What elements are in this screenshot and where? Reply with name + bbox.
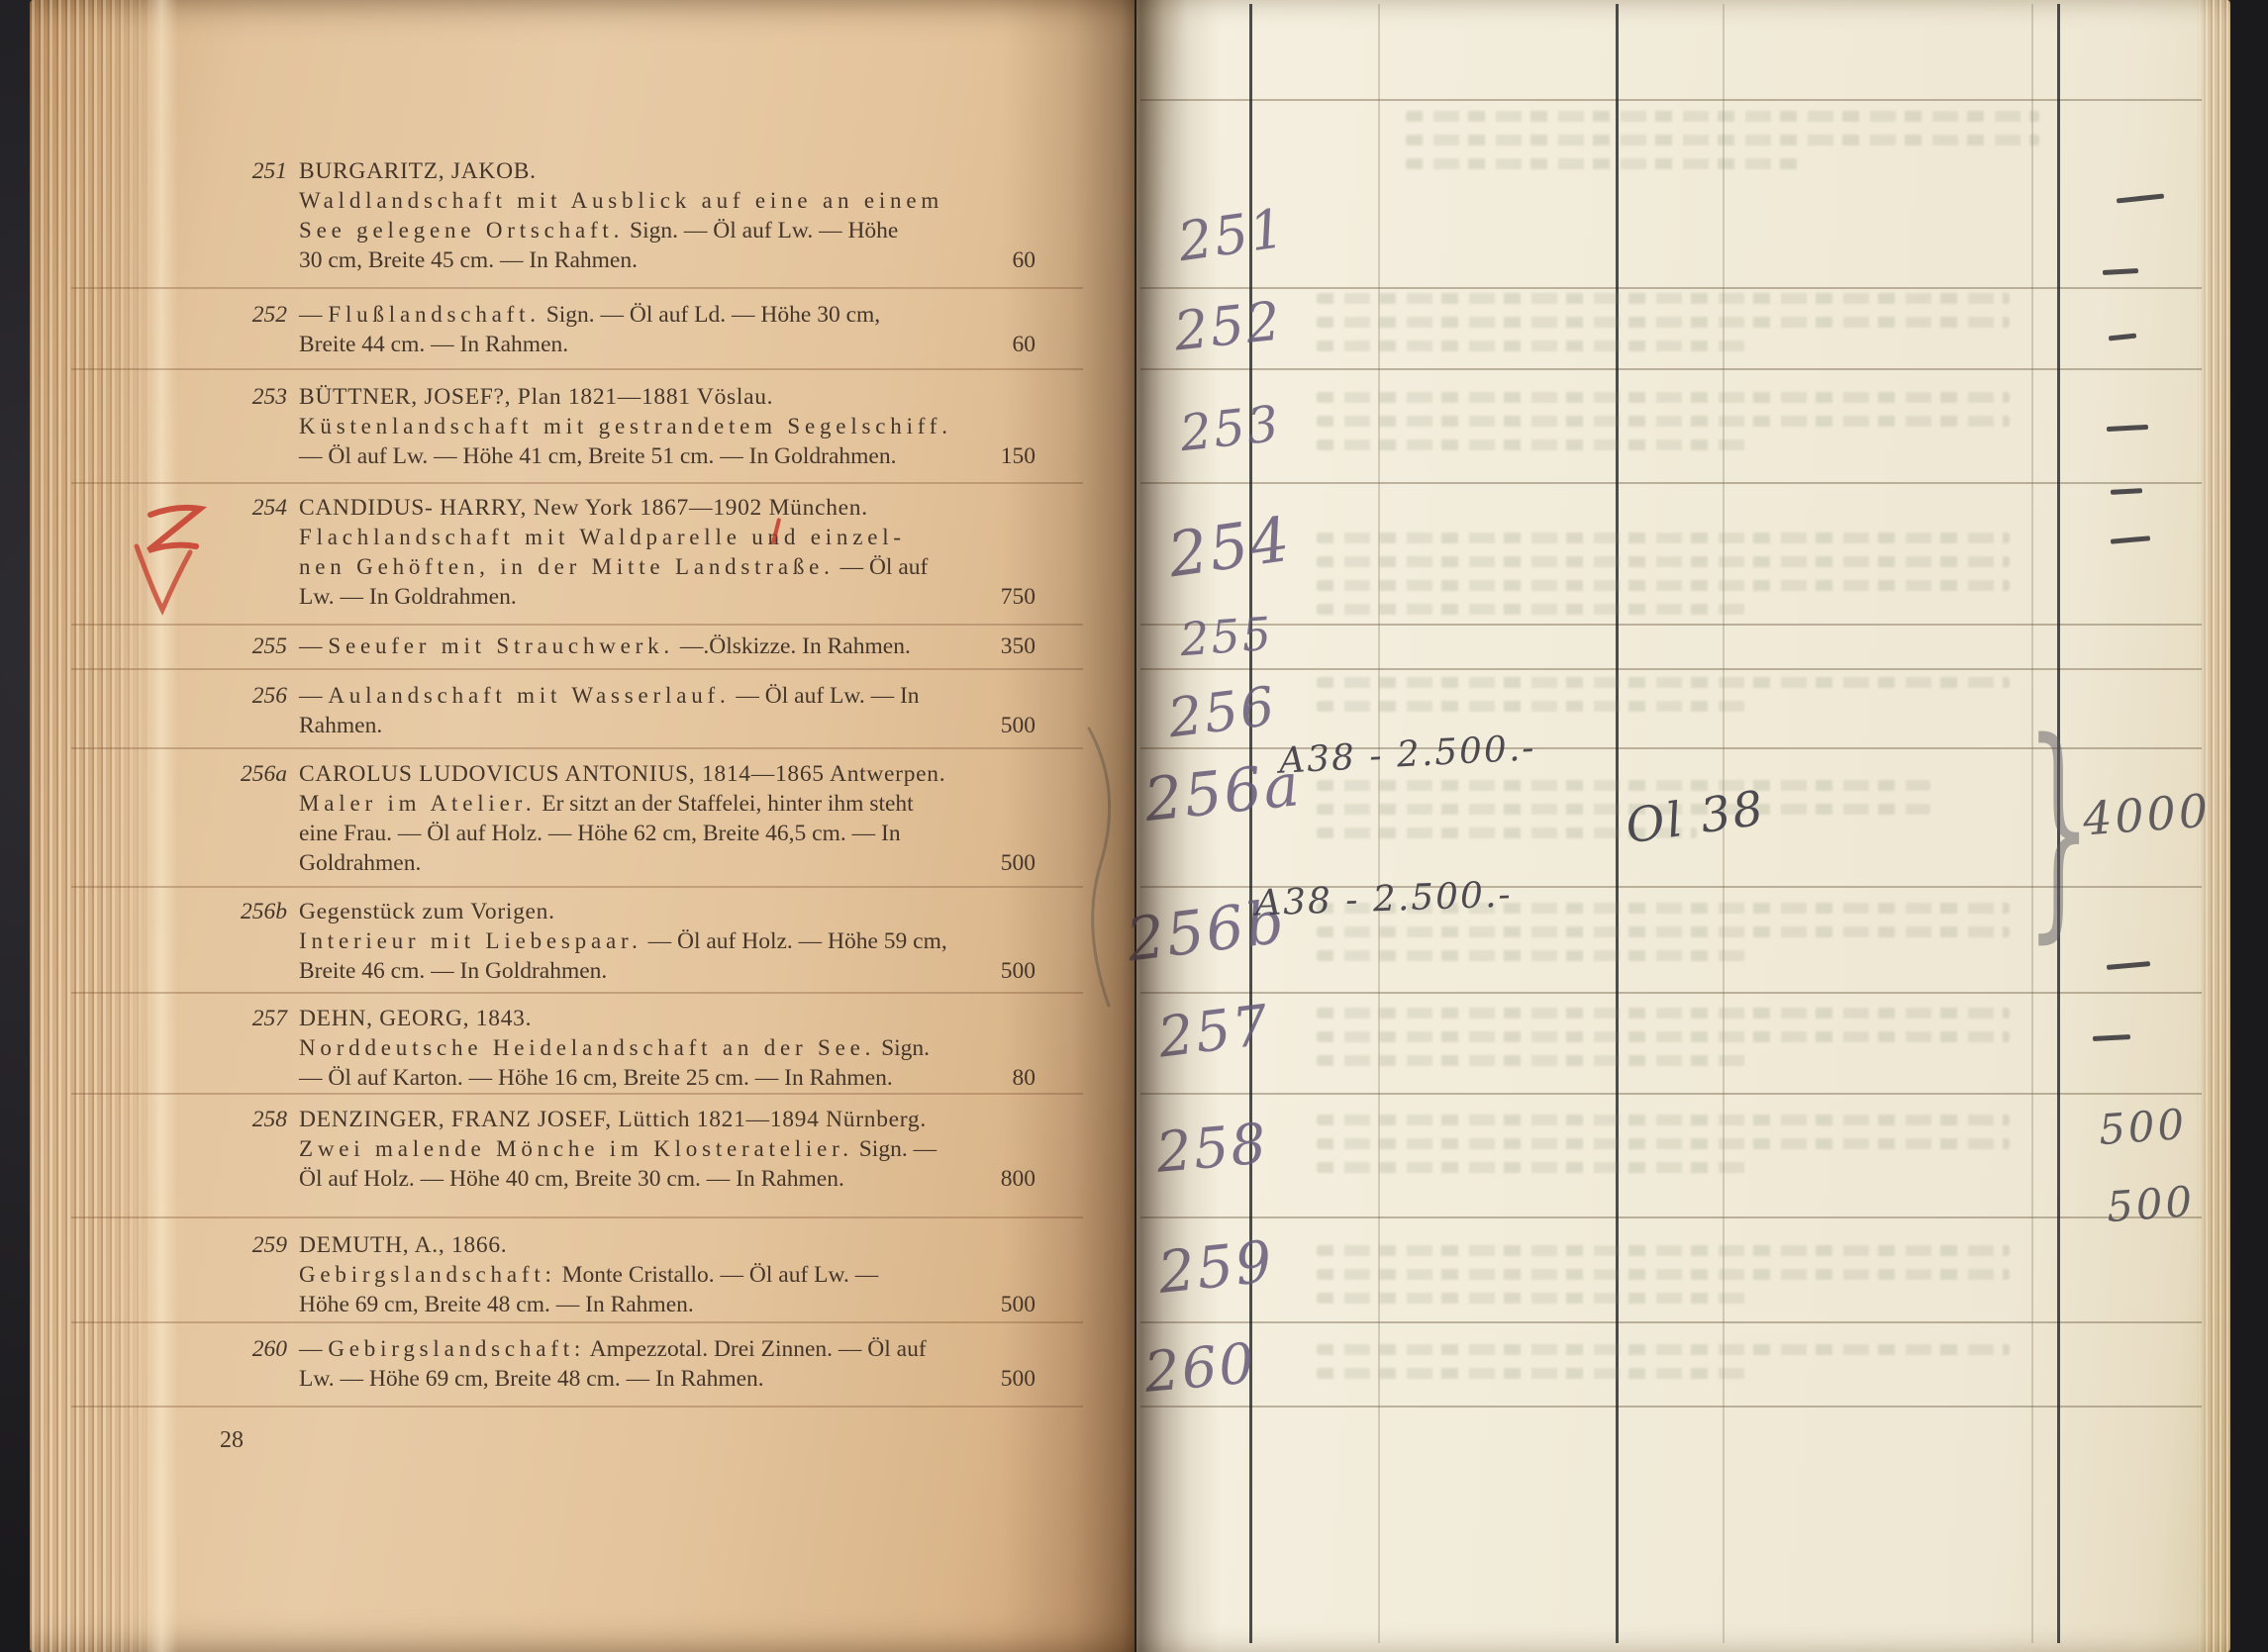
ledger-row-line	[1140, 992, 2202, 994]
limit-price-value: 80	[1013, 1063, 1036, 1093]
bleed-through-text-block	[1317, 533, 2010, 628]
lot-number: 256b	[202, 897, 287, 926]
lot-number: 260	[202, 1334, 287, 1364]
bleed-through-line	[1317, 392, 2010, 403]
bleed-through-line	[1317, 1115, 2010, 1125]
bleed-through-text-block	[1317, 1344, 2010, 1392]
limit-price-value: 800	[1001, 1164, 1035, 1194]
entry-text-segment: Küstenlandschaft mit gestrandetem Segels…	[299, 414, 952, 438]
bleed-through-line	[1406, 111, 2039, 122]
entry-artist-heading: DEMUTH, A., 1866.	[299, 1230, 1035, 1260]
entry-text-segment: Norddeutsche Heidelandschaft an der See.	[299, 1035, 875, 1060]
bleed-through-line	[1406, 135, 2039, 146]
entry-text-segment: Maler im Atelier.	[299, 791, 536, 816]
entry-text-line: Breite 46 cm. — In Goldrahmen.	[299, 956, 1035, 986]
lot-number: 253	[202, 382, 287, 412]
lot-number: 258	[202, 1105, 287, 1134]
entry-text-segment: See gelegene Ortschaft.	[299, 218, 624, 243]
entry-text-line: Interieur mit Liebespaar. — Öl auf Holz.…	[299, 926, 1035, 956]
margin-result-value: 500	[2105, 1177, 2196, 1231]
ledger-row-line	[1140, 1406, 2202, 1408]
entry-text-segment: — Öl auf Lw. — In	[731, 683, 920, 709]
entry-artist-heading: CANDIDUS- HARRY, New York 1867—1902 Münc…	[299, 493, 1035, 523]
limit-price-value: 350	[1001, 632, 1035, 661]
entry-text-segment: Lw. — Höhe 69 cm, Breite 48 cm. — In Rah…	[299, 1366, 764, 1392]
limit-price-value: 500	[1001, 1364, 1035, 1394]
entry-text-segment: Er sitzt an der Staffelei, hinter ihm st…	[536, 791, 913, 817]
handwritten-lot-number: 258	[1153, 1112, 1270, 1186]
handwritten-lot-number: 255	[1178, 607, 1274, 666]
entry-separator-rule	[71, 747, 1083, 749]
bleed-through-line	[1317, 701, 1746, 712]
lot-number: 255	[202, 632, 287, 661]
bleed-through-text-block	[1317, 392, 2010, 463]
catalog-entry: BÜTTNER, JOSEF?, Plan 1821—1881 Vöslau.K…	[299, 382, 1035, 471]
margin-result-value: 4000	[2081, 784, 2213, 846]
entry-separator-rule	[71, 1321, 1083, 1323]
handwritten-lot-number: 253	[1177, 395, 1283, 462]
bleed-through-line	[1317, 293, 2010, 304]
handwritten-lot-number: 252	[1171, 289, 1285, 362]
bleed-through-line	[1317, 340, 1746, 351]
entry-text-segment: Goldrahmen.	[299, 850, 421, 876]
entry-text-segment: Breite 46 cm. — In Goldrahmen.	[299, 958, 607, 984]
entry-separator-rule	[71, 287, 1083, 289]
bleed-through-line	[1317, 556, 2010, 567]
entry-text-line: Flachlandschaft mit Waldparelle und einz…	[299, 523, 1035, 552]
bleed-through-text-block	[1317, 1245, 2010, 1316]
entry-separator-rule	[71, 1093, 1083, 1095]
catalog-entry: DENZINGER, FRANZ JOSEF, Lüttich 1821—189…	[299, 1105, 1035, 1194]
bleed-through-text-block	[1317, 780, 1930, 851]
entry-text-segment: Gebirgslandschaft:	[299, 1262, 556, 1287]
red-z-proof-mark-icon	[125, 493, 240, 622]
lot-number: 256	[202, 681, 287, 711]
catalog-entry: — Flußlandschaft. Sign. — Öl auf Ld. — H…	[299, 300, 1035, 359]
entry-separator-rule	[71, 1406, 1083, 1408]
bleed-through-line	[1317, 780, 1930, 791]
lot-number: 252	[202, 300, 287, 330]
lot-number: 251	[202, 156, 287, 186]
bleed-through-line	[1317, 1293, 1746, 1304]
lot-number: 257	[202, 1004, 287, 1033]
bleed-through-line	[1317, 604, 1746, 615]
ledger-row-line	[1140, 1216, 2202, 1218]
handwritten-lot-number: 256	[1165, 675, 1280, 750]
bleed-through-line	[1317, 1031, 2010, 1042]
bleed-through-line	[1317, 1162, 1746, 1173]
page-stack-edges-left	[30, 0, 156, 1652]
catalog-entry: BURGARITZ, JAKOB.Waldlandschaft mit Ausb…	[299, 156, 1035, 275]
bleed-through-line	[1317, 1368, 1746, 1379]
entry-text-segment: — Öl auf Karton. — Höhe 16 cm, Breite 25…	[299, 1065, 893, 1091]
entry-text-line: — Aulandschaft mit Wasserlauf. — Öl auf …	[299, 681, 1035, 711]
lot-number: 256a	[202, 759, 287, 789]
entry-text-segment: Flachlandschaft mit Waldparelle und einz…	[299, 525, 906, 549]
entry-text-segment: eine Frau. — Öl auf Holz. — Höhe 62 cm, …	[299, 821, 901, 846]
bleed-through-line	[1317, 1138, 2010, 1149]
handwritten-lot-number: 260	[1141, 1331, 1258, 1406]
entry-artist-heading: CAROLUS LUDOVICUS ANTONIUS, 1814—1865 An…	[299, 759, 1035, 789]
entry-text-segment: Sign. — Öl auf Ld. — Höhe 30 cm,	[541, 302, 880, 328]
bleed-through-line	[1317, 439, 1746, 450]
limit-price-value: 750	[1001, 582, 1035, 612]
entry-text-line: — Flußlandschaft. Sign. — Öl auf Ld. — H…	[299, 300, 1035, 330]
entry-separator-rule	[71, 886, 1083, 888]
bleed-through-line	[1317, 1008, 2010, 1019]
entry-text-segment: Rahmen.	[299, 713, 382, 738]
bleed-through-text-block	[1317, 1115, 2010, 1186]
entry-text-line: Gebirgslandschaft: Monte Cristallo. — Öl…	[299, 1260, 1035, 1290]
entry-text-segment: —	[299, 633, 328, 659]
ledger-row-line	[1140, 1321, 2202, 1323]
ledger-row-line	[1140, 368, 2202, 370]
entry-text-line: Maler im Atelier. Er sitzt an der Staffe…	[299, 789, 1035, 819]
entry-separator-rule	[71, 668, 1083, 670]
entry-artist-heading: DEHN, GEORG, 1843.	[299, 1004, 1035, 1033]
bleed-through-text-block	[1317, 677, 2010, 725]
catalog-entry: — Aulandschaft mit Wasserlauf. — Öl auf …	[299, 681, 1035, 740]
entry-text-segment: —	[299, 683, 328, 709]
limit-price-value: 500	[1001, 956, 1035, 986]
entry-text-line: 30 cm, Breite 45 cm. — In Rahmen.	[299, 245, 1035, 275]
entry-text-segment: Öl auf Holz. — Höhe 40 cm, Breite 30 cm.…	[299, 1166, 844, 1192]
entry-separator-rule	[71, 992, 1083, 994]
entry-artist-heading: BÜTTNER, JOSEF?, Plan 1821—1881 Vöslau.	[299, 382, 1035, 412]
bleed-through-line	[1406, 158, 1799, 169]
ledger-row-line	[1140, 287, 2202, 289]
entry-text-segment: nen Gehöften, in der Mitte Landstraße.	[299, 554, 835, 579]
page-number: 28	[220, 1427, 244, 1454]
entry-text-line: — Öl auf Lw. — Höhe 41 cm, Breite 51 cm.…	[299, 441, 1035, 471]
catalog-entry: — Seeufer mit Strauchwerk. —.Ölskizze. I…	[299, 632, 1035, 661]
entry-artist-heading: BURGARITZ, JAKOB.	[299, 156, 1035, 186]
limit-price-value: 150	[1001, 441, 1035, 471]
catalog-entry: DEMUTH, A., 1866.Gebirgslandschaft: Mont…	[299, 1230, 1035, 1319]
entry-text-segment: Sign.	[875, 1035, 930, 1061]
bleed-through-line	[1317, 926, 2010, 937]
ledger-row-line	[1140, 482, 2202, 484]
bleed-through-line	[1317, 580, 2010, 591]
bleed-through-line	[1317, 1055, 1746, 1066]
entry-text-segment: —	[299, 1336, 328, 1362]
margin-result-value: 500	[2097, 1100, 2188, 1154]
entry-text-line: Zwei malende Mönche im Klosteratelier. S…	[299, 1134, 1035, 1164]
bleed-through-text-block	[1406, 111, 2039, 182]
limit-price-value: 500	[1001, 711, 1035, 740]
entry-text-line: Lw. — In Goldrahmen.	[299, 582, 1035, 612]
pencil-bracket-curve-icon	[1061, 725, 1131, 1012]
entry-separator-rule	[71, 1216, 1083, 1218]
entry-text-line: See gelegene Ortschaft. Sign. — Öl auf L…	[299, 216, 1035, 245]
entry-text-line: Öl auf Holz. — Höhe 40 cm, Breite 30 cm.…	[299, 1164, 1035, 1194]
entry-text-segment: Interieur mit Liebespaar.	[299, 928, 642, 953]
entry-text-line: — Gebirgslandschaft: Ampezzotal. Drei Zi…	[299, 1334, 1035, 1364]
handwritten-lot-number: 259	[1155, 1227, 1277, 1307]
entry-text-segment: Sign. — Öl auf Lw. — Höhe	[624, 218, 898, 243]
limit-price-value: 500	[1001, 1290, 1035, 1319]
entry-text-segment: Gebirgslandschaft:	[328, 1336, 585, 1361]
entry-text-line: Lw. — Höhe 69 cm, Breite 48 cm. — In Rah…	[299, 1364, 1035, 1394]
limit-price-value: 60	[1013, 245, 1036, 275]
limit-price-value: 500	[1001, 848, 1035, 878]
catalog-entry: — Gebirgslandschaft: Ampezzotal. Drei Zi…	[299, 1334, 1035, 1394]
entry-text-segment: 30 cm, Breite 45 cm. — In Rahmen.	[299, 247, 638, 273]
ledger-row-line	[1140, 668, 2202, 670]
entry-text-line: Norddeutsche Heidelandschaft an der See.…	[299, 1033, 1035, 1063]
pencil-brace-mark: }	[2025, 727, 2092, 929]
entry-text-line: Rahmen.	[299, 711, 1035, 740]
entry-text-segment: — Öl auf Lw. — Höhe 41 cm, Breite 51 cm.…	[299, 443, 896, 469]
bleed-through-line	[1317, 677, 2010, 688]
entry-text-segment: Breite 44 cm. — In Rahmen.	[299, 332, 568, 357]
handwritten-lot-number: 257	[1154, 993, 1273, 1070]
entry-text-segment: Lw. — In Goldrahmen.	[299, 584, 517, 610]
entry-text-segment: Höhe 69 cm, Breite 48 cm. — In Rahmen.	[299, 1292, 694, 1317]
bleed-through-line	[1317, 1344, 2010, 1355]
entry-text-segment: Waldlandschaft mit Ausblick auf eine an …	[299, 188, 943, 213]
entry-separator-rule	[71, 482, 1083, 484]
page-edge-highlight	[145, 0, 178, 1652]
entry-text-line: Goldrahmen.	[299, 848, 1035, 878]
entry-artist-heading: DENZINGER, FRANZ JOSEF, Lüttich 1821—189…	[299, 1105, 1035, 1134]
entry-text-segment: Seeufer mit Strauchwerk.	[328, 633, 674, 658]
entry-text-line: — Seeufer mit Strauchwerk. —.Ölskizze. I…	[299, 632, 1035, 661]
entry-text-segment: Ampezzotal. Drei Zinnen. — Öl auf	[585, 1336, 927, 1362]
entry-text-line: — Öl auf Karton. — Höhe 16 cm, Breite 25…	[299, 1063, 1035, 1093]
entry-text-segment: — Öl auf	[835, 554, 929, 580]
limit-price-value: 60	[1013, 330, 1036, 359]
bleed-through-text-block	[1317, 1008, 2010, 1079]
entry-artist-heading: Gegenstück zum Vorigen.	[299, 897, 1035, 926]
entry-text-segment: — Öl auf Holz. — Höhe 59 cm,	[642, 928, 947, 954]
entry-separator-rule	[71, 368, 1083, 370]
bleed-through-line	[1317, 950, 1746, 961]
catalog-entry: DEHN, GEORG, 1843.Norddeutsche Heideland…	[299, 1004, 1035, 1093]
bleed-through-line	[1317, 1269, 2010, 1280]
catalog-entry: Gegenstück zum Vorigen.Interieur mit Lie…	[299, 897, 1035, 986]
entry-text-segment: Aulandschaft mit Wasserlauf.	[328, 683, 730, 708]
entry-text-segment: —	[299, 302, 328, 328]
entry-text-line: eine Frau. — Öl auf Holz. — Höhe 62 cm, …	[299, 819, 1035, 848]
entry-text-line: Breite 44 cm. — In Rahmen.	[299, 330, 1035, 359]
entry-text-segment: Zwei malende Mönche im Klosteratelier.	[299, 1136, 853, 1161]
entry-text-segment: —.Ölskizze. In Rahmen.	[674, 633, 911, 659]
entry-text-segment: Monte Cristallo. — Öl auf Lw. —	[556, 1262, 878, 1288]
bleed-through-line	[1317, 317, 2010, 328]
ledger-row-line	[1140, 1093, 2202, 1095]
entry-text-line: Höhe 69 cm, Breite 48 cm. — In Rahmen.	[299, 1290, 1035, 1319]
bleed-through-text-block	[1317, 293, 2010, 364]
entry-text-line: Küstenlandschaft mit gestrandetem Segels…	[299, 412, 1035, 441]
lot-number: 259	[202, 1230, 287, 1260]
book-spread-photo: 251BURGARITZ, JAKOB.Waldlandschaft mit A…	[0, 0, 2268, 1652]
entry-separator-rule	[71, 624, 1083, 626]
entry-text-segment: Flußlandschaft.	[328, 302, 540, 327]
entry-text-segment: Sign. —	[853, 1136, 937, 1162]
catalog-entry: CANDIDUS- HARRY, New York 1867—1902 Münc…	[299, 493, 1035, 612]
entry-text-line: nen Gehöften, in der Mitte Landstraße. —…	[299, 552, 1035, 582]
bleed-through-line	[1317, 1245, 2010, 1256]
entry-text-line: Waldlandschaft mit Ausblick auf eine an …	[299, 186, 1035, 216]
catalog-entry: CAROLUS LUDOVICUS ANTONIUS, 1814—1865 An…	[299, 759, 1035, 878]
ledger-row-line	[1140, 99, 2202, 101]
bleed-through-line	[1317, 416, 2010, 427]
bleed-through-line	[1317, 533, 2010, 543]
